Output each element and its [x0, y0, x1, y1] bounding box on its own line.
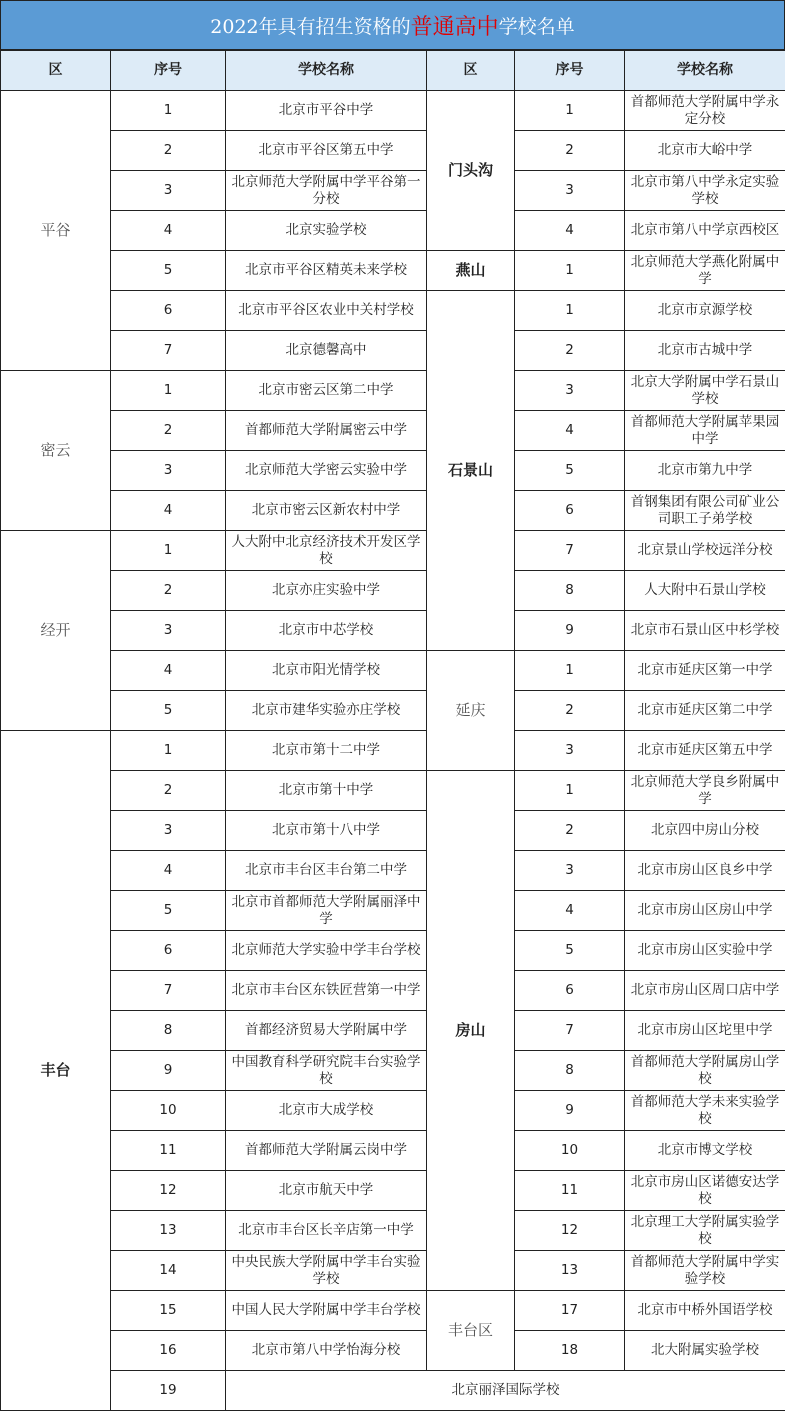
school-name-cell: 北京师范大学附属中学平谷第一分校	[226, 171, 427, 211]
number-cell: 3	[111, 171, 226, 211]
school-name-cell: 北京市平谷区农业中关村学校	[226, 291, 427, 331]
number-cell: 1	[515, 251, 625, 291]
number-cell: 2	[515, 691, 625, 731]
school-name-cell: 北京师范大学良乡附属中学	[625, 771, 785, 811]
number-cell: 2	[515, 331, 625, 371]
school-name-cell: 首钢集团有限公司矿业公司职工子弟学校	[625, 491, 785, 531]
page-title: 2022年具有招生资格的普通高中学校名单	[0, 0, 785, 50]
table-row: 4北京市阳光情学校延庆1北京市延庆区第一中学	[1, 651, 785, 691]
school-name-cell: 北京四中房山分校	[625, 811, 785, 851]
school-name-cell: 北京市中芯学校	[226, 611, 427, 651]
number-cell: 4	[111, 651, 226, 691]
district-cell: 延庆	[427, 651, 515, 771]
table-row: 2北京市第十中学房山1北京师范大学良乡附属中学	[1, 771, 785, 811]
title-suffix: 学校名单	[499, 12, 575, 39]
number-cell: 15	[111, 1291, 226, 1331]
table-row: 2首都师范大学附属密云中学4首都师范大学附属苹果园中学	[1, 411, 785, 451]
school-name-cell: 首都师范大学未来实验学校	[625, 1091, 785, 1131]
table-row: 3北京师范大学附属中学平谷第一分校3北京市第八中学永定实验学校	[1, 171, 785, 211]
number-cell: 3	[515, 731, 625, 771]
number-cell: 2	[111, 131, 226, 171]
header-school: 学校名称	[625, 51, 785, 91]
school-name-cell: 北京市房山区坨里中学	[625, 1011, 785, 1051]
number-cell: 2	[111, 411, 226, 451]
district-cell: 密云	[1, 371, 111, 531]
school-name-cell: 北京市第十中学	[226, 771, 427, 811]
number-cell: 6	[111, 291, 226, 331]
school-name-cell: 中国人民大学附属中学丰台学校	[226, 1291, 427, 1331]
number-cell: 7	[111, 971, 226, 1011]
school-name-cell: 北京市平谷区第五中学	[226, 131, 427, 171]
school-name-cell: 北京市航天中学	[226, 1171, 427, 1211]
school-name-cell: 北京景山学校远洋分校	[625, 531, 785, 571]
number-cell: 13	[111, 1211, 226, 1251]
district-cell: 经开	[1, 531, 111, 731]
school-name-cell: 北京市房山区良乡中学	[625, 851, 785, 891]
number-cell: 4	[515, 211, 625, 251]
school-name-cell: 首都师范大学附属房山学校	[625, 1051, 785, 1091]
district-cell: 房山	[427, 771, 515, 1291]
number-cell: 9	[111, 1051, 226, 1091]
school-name-cell: 北京市阳光情学校	[226, 651, 427, 691]
number-cell: 4	[515, 891, 625, 931]
table-row: 8首都经济贸易大学附属中学7北京市房山区坨里中学	[1, 1011, 785, 1051]
table-row: 2北京亦庄实验中学8人大附中石景山学校	[1, 571, 785, 611]
number-cell: 1	[515, 291, 625, 331]
table-row: 14中央民族大学附属中学丰台实验学校13首都师范大学附属中学实验学校	[1, 1251, 785, 1291]
school-name-cell: 北京市平谷区精英未来学校	[226, 251, 427, 291]
table-row: 15中国人民大学附属中学丰台学校丰台区17北京市中桥外国语学校	[1, 1291, 785, 1331]
table-row: 12北京市航天中学11北京市房山区诺德安达学校	[1, 1171, 785, 1211]
number-cell: 1	[111, 371, 226, 411]
number-cell: 5	[111, 891, 226, 931]
district-cell: 丰台区	[427, 1291, 515, 1371]
school-name-cell: 北京市第十二中学	[226, 731, 427, 771]
school-name-cell: 北京市房山区实验中学	[625, 931, 785, 971]
number-cell: 9	[515, 611, 625, 651]
number-cell: 14	[111, 1251, 226, 1291]
number-cell: 1	[515, 91, 625, 131]
number-cell: 12	[515, 1211, 625, 1251]
table-row: 2北京市平谷区第五中学2北京市大峪中学	[1, 131, 785, 171]
school-name-cell: 北京市石景山区中杉学校	[625, 611, 785, 651]
number-cell: 3	[515, 851, 625, 891]
number-cell: 3	[111, 451, 226, 491]
table-row: 5北京市平谷区精英未来学校燕山1北京师范大学燕化附属中学	[1, 251, 785, 291]
school-name-cell: 北京德馨高中	[226, 331, 427, 371]
school-name-cell: 北京市房山区房山中学	[625, 891, 785, 931]
school-name-cell: 北京市第十八中学	[226, 811, 427, 851]
table-row: 5北京市首都师范大学附属丽泽中学4北京市房山区房山中学	[1, 891, 785, 931]
number-cell: 18	[515, 1331, 625, 1371]
school-name-cell: 北京大学附属中学石景山学校	[625, 371, 785, 411]
school-name-cell: 首都经济贸易大学附属中学	[226, 1011, 427, 1051]
number-cell: 3	[111, 611, 226, 651]
school-name-cell: 北京市房山区周口店中学	[625, 971, 785, 1011]
table-row: 3北京师范大学密云实验中学5北京市第九中学	[1, 451, 785, 491]
number-cell: 4	[111, 851, 226, 891]
number-cell: 6	[515, 491, 625, 531]
school-name-cell: 中央民族大学附属中学丰台实验学校	[226, 1251, 427, 1291]
table-row: 6北京师范大学实验中学丰台学校5北京市房山区实验中学	[1, 931, 785, 971]
number-cell: 7	[515, 531, 625, 571]
table-row: 平谷1北京市平谷中学门头沟1首都师范大学附属中学永定分校	[1, 91, 785, 131]
school-name-cell: 北京市丰台区东铁匠营第一中学	[226, 971, 427, 1011]
table-row: 4北京市丰台区丰台第二中学3北京市房山区良乡中学	[1, 851, 785, 891]
school-name-cell: 北大附属实验学校	[625, 1331, 785, 1371]
number-cell: 10	[515, 1131, 625, 1171]
number-cell: 16	[111, 1331, 226, 1371]
header-number: 序号	[111, 51, 226, 91]
number-cell: 1	[111, 91, 226, 131]
title-prefix: 2022年具有招生资格的	[210, 12, 410, 39]
school-name-cell: 北京丽泽国际学校	[226, 1371, 785, 1411]
table-row: 19北京丽泽国际学校	[1, 1371, 785, 1411]
number-cell: 4	[111, 211, 226, 251]
school-name-cell: 北京师范大学实验中学丰台学校	[226, 931, 427, 971]
school-name-cell: 北京师范大学密云实验中学	[226, 451, 427, 491]
header-number: 序号	[515, 51, 625, 91]
table-row: 16北京市第八中学怡海分校18北大附属实验学校	[1, 1331, 785, 1371]
number-cell: 11	[111, 1131, 226, 1171]
number-cell: 10	[111, 1091, 226, 1131]
school-name-cell: 北京市第八中学怡海分校	[226, 1331, 427, 1371]
number-cell: 8	[111, 1011, 226, 1051]
number-cell: 1	[515, 771, 625, 811]
school-name-cell: 北京市密云区新农村中学	[226, 491, 427, 531]
school-name-cell: 首都师范大学附属苹果园中学	[625, 411, 785, 451]
number-cell: 5	[111, 691, 226, 731]
school-name-cell: 北京市房山区诺德安达学校	[625, 1171, 785, 1211]
table-row: 4北京实验学校4北京市第八中学京西校区	[1, 211, 785, 251]
school-name-cell: 北京市大成学校	[226, 1091, 427, 1131]
number-cell: 8	[515, 571, 625, 611]
number-cell: 1	[515, 651, 625, 691]
number-cell: 5	[515, 931, 625, 971]
number-cell: 9	[515, 1091, 625, 1131]
table-row: 7北京德馨高中2北京市古城中学	[1, 331, 785, 371]
table-row: 7北京市丰台区东铁匠营第一中学6北京市房山区周口店中学	[1, 971, 785, 1011]
number-cell: 7	[515, 1011, 625, 1051]
number-cell: 1	[111, 731, 226, 771]
header-district: 区	[427, 51, 515, 91]
school-name-cell: 北京市第八中学永定实验学校	[625, 171, 785, 211]
table-row: 10北京市大成学校9首都师范大学未来实验学校	[1, 1091, 785, 1131]
school-name-cell: 首都师范大学附属云岗中学	[226, 1131, 427, 1171]
number-cell: 2	[111, 571, 226, 611]
school-name-cell: 北京市博文学校	[625, 1131, 785, 1171]
school-name-cell: 北京市第八中学京西校区	[625, 211, 785, 251]
table-row: 3北京市中芯学校9北京市石景山区中杉学校	[1, 611, 785, 651]
school-name-cell: 北京市建华实验亦庄学校	[226, 691, 427, 731]
school-name-cell: 北京市第九中学	[625, 451, 785, 491]
table-row: 3北京市第十八中学2北京四中房山分校	[1, 811, 785, 851]
number-cell: 11	[515, 1171, 625, 1211]
school-name-cell: 北京市京源学校	[625, 291, 785, 331]
number-cell: 2	[111, 771, 226, 811]
school-table: 区 序号 学校名称 区 序号 学校名称 平谷1北京市平谷中学门头沟1首都师范大学…	[0, 50, 785, 1411]
school-name-cell: 首都师范大学附属中学实验学校	[625, 1251, 785, 1291]
number-cell: 3	[111, 811, 226, 851]
table-row: 经开1人大附中北京经济技术开发区学校7北京景山学校远洋分校	[1, 531, 785, 571]
school-name-cell: 北京市密云区第二中学	[226, 371, 427, 411]
number-cell: 8	[515, 1051, 625, 1091]
table-row: 密云1北京市密云区第二中学3北京大学附属中学石景山学校	[1, 371, 785, 411]
school-name-cell: 首都师范大学附属密云中学	[226, 411, 427, 451]
number-cell: 5	[515, 451, 625, 491]
school-name-cell: 北京理工大学附属实验学校	[625, 1211, 785, 1251]
school-name-cell: 人大附中北京经济技术开发区学校	[226, 531, 427, 571]
district-cell: 门头沟	[427, 91, 515, 251]
number-cell: 19	[111, 1371, 226, 1411]
header-district: 区	[1, 51, 111, 91]
school-name-cell: 北京市延庆区第二中学	[625, 691, 785, 731]
school-name-cell: 北京市中桥外国语学校	[625, 1291, 785, 1331]
table-row: 13北京市丰台区长辛店第一中学12北京理工大学附属实验学校	[1, 1211, 785, 1251]
school-name-cell: 北京市丰台区丰台第二中学	[226, 851, 427, 891]
number-cell: 2	[515, 131, 625, 171]
number-cell: 7	[111, 331, 226, 371]
district-cell: 丰台	[1, 731, 111, 1411]
number-cell: 6	[111, 931, 226, 971]
school-name-cell: 北京实验学校	[226, 211, 427, 251]
school-name-cell: 北京市古城中学	[625, 331, 785, 371]
table-row: 9中国教育科学研究院丰台实验学校8首都师范大学附属房山学校	[1, 1051, 785, 1091]
number-cell: 3	[515, 171, 625, 211]
district-cell: 平谷	[1, 91, 111, 371]
school-name-cell: 北京市延庆区第一中学	[625, 651, 785, 691]
number-cell: 6	[515, 971, 625, 1011]
school-name-cell: 北京市平谷中学	[226, 91, 427, 131]
school-name-cell: 北京市丰台区长辛店第一中学	[226, 1211, 427, 1251]
school-name-cell: 北京市首都师范大学附属丽泽中学	[226, 891, 427, 931]
number-cell: 13	[515, 1251, 625, 1291]
title-highlight: 普通高中	[411, 10, 499, 41]
school-name-cell: 首都师范大学附属中学永定分校	[625, 91, 785, 131]
number-cell: 12	[111, 1171, 226, 1211]
number-cell: 2	[515, 811, 625, 851]
number-cell: 4	[111, 491, 226, 531]
district-cell: 燕山	[427, 251, 515, 291]
school-name-cell: 北京市延庆区第五中学	[625, 731, 785, 771]
school-name-cell: 北京市大峪中学	[625, 131, 785, 171]
table-row: 6北京市平谷区农业中关村学校石景山1北京市京源学校	[1, 291, 785, 331]
number-cell: 5	[111, 251, 226, 291]
number-cell: 3	[515, 371, 625, 411]
school-name-cell: 人大附中石景山学校	[625, 571, 785, 611]
school-name-cell: 北京师范大学燕化附属中学	[625, 251, 785, 291]
table-row: 丰台1北京市第十二中学3北京市延庆区第五中学	[1, 731, 785, 771]
header-school: 学校名称	[226, 51, 427, 91]
number-cell: 17	[515, 1291, 625, 1331]
number-cell: 1	[111, 531, 226, 571]
table-row: 11首都师范大学附属云岗中学10北京市博文学校	[1, 1131, 785, 1171]
table-row: 5北京市建华实验亦庄学校2北京市延庆区第二中学	[1, 691, 785, 731]
school-name-cell: 中国教育科学研究院丰台实验学校	[226, 1051, 427, 1091]
header-row: 区 序号 学校名称 区 序号 学校名称	[1, 51, 785, 91]
number-cell: 4	[515, 411, 625, 451]
school-name-cell: 北京亦庄实验中学	[226, 571, 427, 611]
district-cell: 石景山	[427, 291, 515, 651]
table-row: 4北京市密云区新农村中学6首钢集团有限公司矿业公司职工子弟学校	[1, 491, 785, 531]
